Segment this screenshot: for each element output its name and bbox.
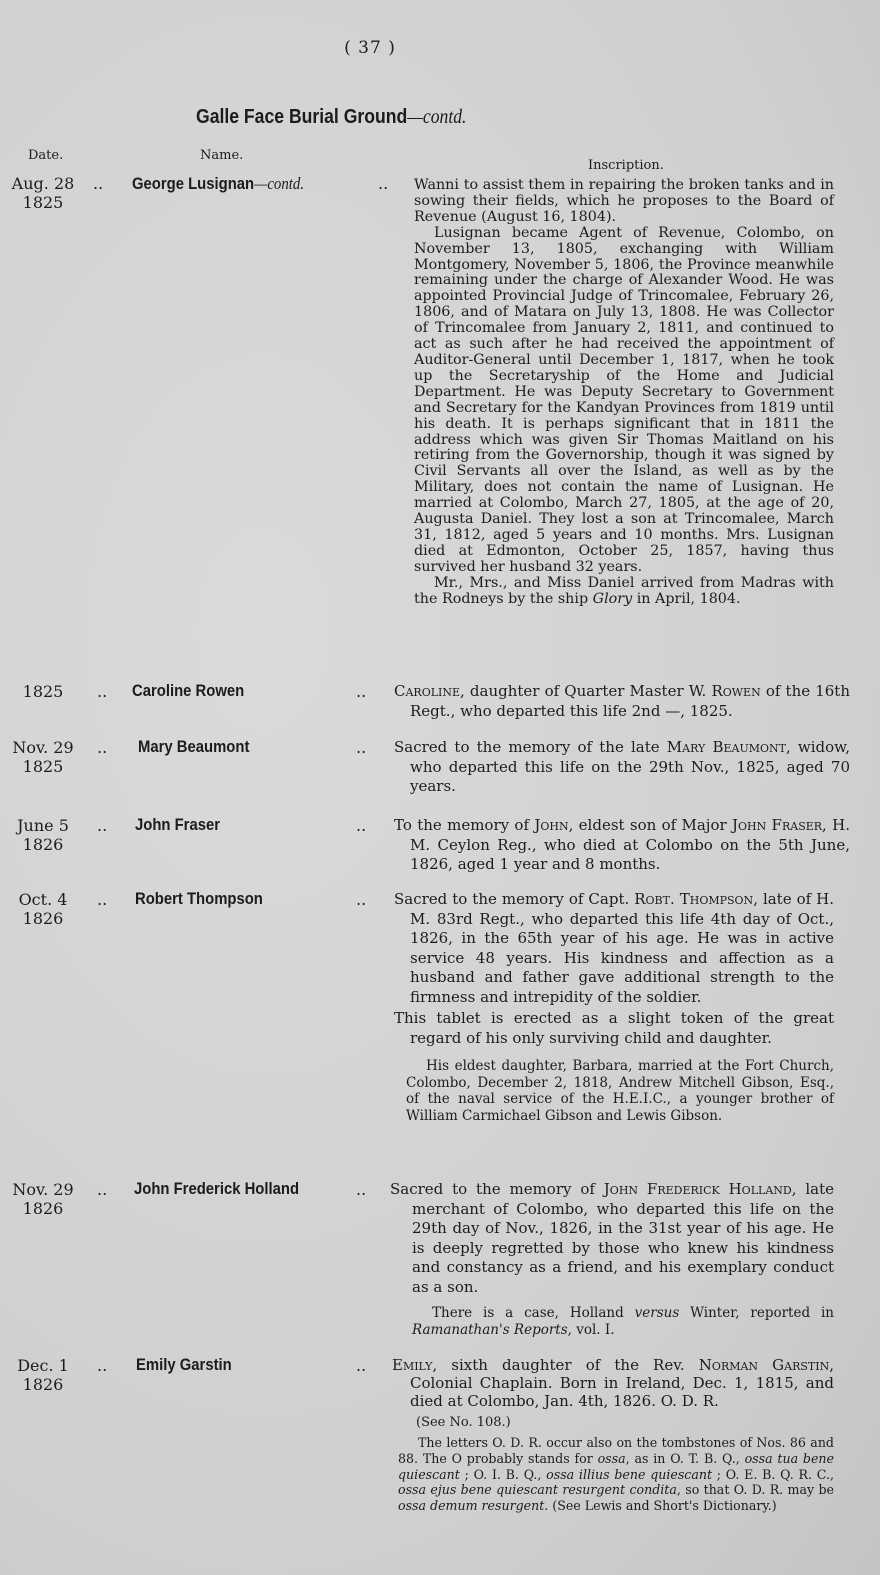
separator-dots: .. — [97, 890, 107, 909]
text: Sacred to the memory of the late — [394, 738, 667, 756]
entry-inscription: Emily, sixth daughter of the Rev. Norman… — [392, 1356, 834, 1514]
column-header-date: Date. — [28, 148, 63, 163]
text: ; O. I. B. Q., — [460, 1467, 546, 1482]
text: versus — [635, 1305, 680, 1321]
date-year: 1826 — [8, 1199, 78, 1218]
entry-date: Dec. 11826 — [8, 1356, 78, 1394]
note: There is a case, Holland versus Winter, … — [390, 1305, 834, 1339]
date-line: Nov. 29 — [8, 738, 78, 757]
date-year: 1825 — [8, 757, 78, 776]
date-year: 1825 — [8, 193, 78, 212]
text: . (See Lewis and Short's Dictionary.) — [544, 1498, 776, 1513]
entry-inscription: Wanni to assist them in repairing the br… — [414, 178, 834, 607]
text: , sixth daughter of the Rev. — [432, 1356, 698, 1374]
separator-dots: .. — [97, 682, 107, 701]
note: The letters O. D. R. occur also on the t… — [392, 1435, 834, 1514]
text: , eldest son of Major — [569, 816, 732, 834]
separator-dots: .. — [97, 1180, 107, 1199]
entry-inscription: To the memory of John, eldest son of Maj… — [394, 816, 850, 875]
text: ossa illius bene quiescant — [546, 1467, 712, 1482]
entry-date: Nov. 291825 — [8, 738, 78, 776]
text: Winter, reported in — [679, 1305, 834, 1321]
entry-date: Aug. 281825 — [8, 174, 78, 212]
paragraph: Lusignan became Agent of Revenue, Colomb… — [414, 226, 834, 576]
text: Mary Beaumont — [667, 738, 786, 756]
page-number: ( 37 ) — [0, 38, 740, 58]
entry-date: Nov. 291826 — [8, 1180, 78, 1218]
separator-dots: .. — [356, 816, 366, 835]
paragraph: Mr., Mrs., and Miss Daniel arrived from … — [414, 576, 834, 608]
text: Ramanathan's Reports — [412, 1322, 568, 1338]
text: , daughter of Quarter Master W. — [460, 682, 711, 700]
separator-dots: .. — [356, 682, 366, 701]
date-line: Aug. 28 — [8, 174, 78, 193]
separator-dots: .. — [356, 1356, 366, 1375]
date-line: Nov. 29 — [8, 1180, 78, 1199]
separator-dots: .. — [378, 174, 388, 193]
text: To the memory of — [394, 816, 534, 834]
entry-inscription: Sacred to the memory of Capt. Robt. Thom… — [394, 890, 834, 1124]
title-main: Galle Face Burial Ground — [196, 106, 407, 128]
date-year: 1826 — [8, 835, 78, 854]
paragraph: Emily, sixth daughter of the Rev. Norman… — [392, 1356, 834, 1410]
column-header-inscription: Inscription. — [588, 158, 664, 173]
text: John Fraser — [732, 816, 822, 834]
separator-dots: .. — [356, 738, 366, 757]
entry-date: June 51826 — [8, 816, 78, 854]
separator-dots: .. — [93, 174, 103, 193]
date-line: June 5 — [8, 816, 78, 835]
text: Robt. Thompson — [634, 890, 753, 908]
text: John Frederick Holland — [604, 1180, 792, 1198]
separator-dots: .. — [97, 738, 107, 757]
ship-name: Glory — [593, 591, 633, 607]
text: Sacred to the memory of Capt. — [394, 890, 634, 908]
text: in April, 1804. — [637, 591, 741, 607]
text: ossa ejus bene quiescant resurgent condi… — [398, 1482, 677, 1497]
text: ossa — [598, 1451, 626, 1466]
name-text: George Lusignan — [132, 175, 254, 193]
separator-dots: .. — [97, 1356, 107, 1375]
entry-name: Caroline Rowen — [132, 682, 244, 701]
text: Caroline — [394, 682, 460, 700]
entry-name: Mary Beaumont — [138, 738, 249, 757]
date-year: 1826 — [8, 909, 78, 928]
page-title: Galle Face Burial Ground—contd. — [196, 106, 466, 129]
date-line: 1825 — [8, 682, 78, 701]
see-also: (See No. 108.) — [392, 1416, 834, 1430]
text: Norman Garstin — [699, 1356, 829, 1374]
text: There is a case, Holland — [432, 1305, 635, 1321]
separator-dots: .. — [356, 1180, 366, 1199]
entry-name: Robert Thompson — [135, 890, 263, 909]
column-header-name: Name. — [200, 148, 243, 163]
text: ossa demum resurgent — [398, 1498, 544, 1513]
title-suffix: —contd. — [407, 106, 466, 128]
text: Sacred to the memory of — [390, 1180, 604, 1198]
text: Rowen — [711, 682, 760, 700]
entry-name: Emily Garstin — [136, 1356, 232, 1375]
name-suffix: —contd. — [254, 174, 304, 193]
entry-name: John Frederick Holland — [134, 1180, 299, 1199]
text: ; O. E. B. Q. R. C., — [712, 1467, 834, 1482]
entry-inscription: Sacred to the memory of the late Mary Be… — [394, 738, 850, 797]
date-year: 1826 — [8, 1375, 78, 1394]
entry-date: 1825 — [8, 682, 78, 701]
entry-date: Oct. 41826 — [8, 890, 78, 928]
paragraph: Sacred to the memory of Capt. Robt. Thom… — [394, 890, 834, 1007]
text: , vol. I. — [568, 1322, 615, 1338]
note: His eldest daughter, Barbara, married at… — [394, 1058, 834, 1124]
text: John — [534, 816, 568, 834]
entry-inscription: Caroline, daughter of Quarter Master W. … — [394, 682, 850, 721]
paragraph: This tablet is erected as a slight token… — [394, 1009, 834, 1048]
separator-dots: .. — [356, 890, 366, 909]
text: Emily — [392, 1356, 432, 1374]
separator-dots: .. — [97, 816, 107, 835]
text: , so that O. D. R. may be — [677, 1482, 834, 1497]
entry-name: George Lusignan—contd. — [132, 174, 304, 194]
date-line: Dec. 1 — [8, 1356, 78, 1375]
text: , as in O. T. B. Q., — [626, 1451, 745, 1466]
date-line: Oct. 4 — [8, 890, 78, 909]
entry-name: John Fraser — [135, 816, 220, 835]
paragraph: Sacred to the memory of John Frederick H… — [390, 1180, 834, 1297]
paragraph: Wanni to assist them in repairing the br… — [414, 178, 834, 226]
entry-inscription: Sacred to the memory of John Frederick H… — [390, 1180, 834, 1339]
